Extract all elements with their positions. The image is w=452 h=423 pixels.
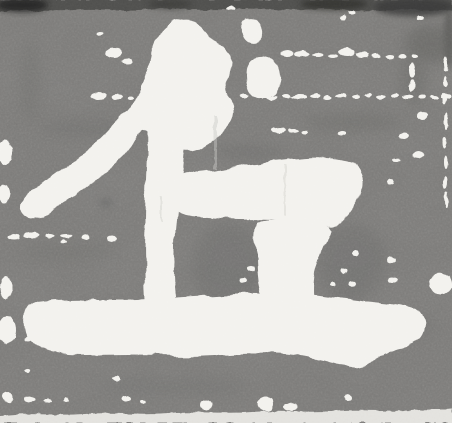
grain-texture <box>0 0 452 423</box>
stone-rubbing-image: 丘 <box>0 0 452 423</box>
rubbing-canvas <box>0 0 452 423</box>
